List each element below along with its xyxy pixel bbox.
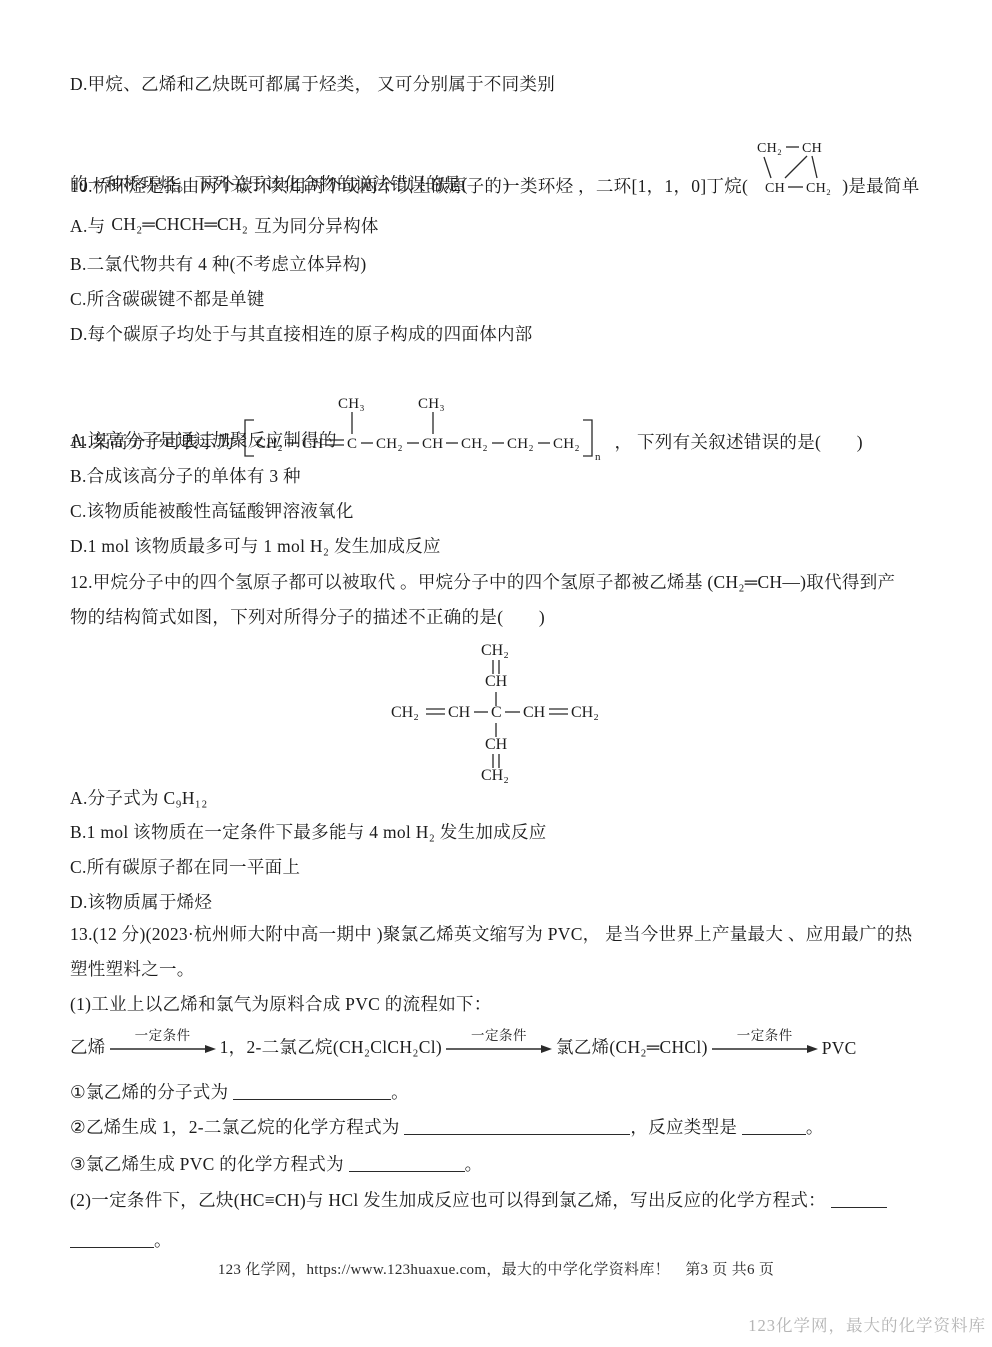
- atom-label: CH₂: [806, 181, 831, 196]
- atom-label: CH₂: [461, 436, 488, 452]
- atom-label: CH: [802, 141, 822, 156]
- atom-label: CH₂: [507, 436, 534, 452]
- atom-label: CH: [448, 704, 471, 721]
- q12-option-b: B.1 mol 该物质在一定条件下最多能与 4 mol H₂ 发生加成反应: [70, 820, 547, 844]
- reaction-condition-label: 一定条件: [471, 1028, 527, 1043]
- atom-label: CH₂: [481, 642, 509, 659]
- q11-option-b: B.合成该高分子的单体有 3 种: [70, 464, 301, 488]
- q13-sub3-period: 。: [465, 1154, 483, 1174]
- pvc-flow-diagram: 乙烯 一定条件 1，2-二氯乙烷(CH₂ClCH₂Cl) 一定条件 氯乙烯(CH…: [70, 1028, 857, 1059]
- q10-option-b: B.二氯代物共有 4 种(不考虑立体异构): [70, 252, 367, 276]
- q11-option-c: C.该物质能被酸性高锰酸钾溶液氧化: [70, 499, 354, 523]
- flow-step2: 氯乙烯(CH₂═CHCl): [556, 1034, 708, 1059]
- q12-option-c: C.所有碳原子都在同一平面上: [70, 855, 300, 879]
- q10-option-a-pre: A.与: [70, 216, 105, 236]
- q13-sub1-period: 。: [391, 1082, 409, 1102]
- atom-label: CH: [422, 436, 443, 452]
- answer-blank: [404, 1116, 630, 1135]
- q10-option-c: C.所含碳碳键不都是单键: [70, 287, 265, 311]
- answer-blank: [742, 1116, 806, 1135]
- q13-sub2: ②乙烯生成 1，2-二氯乙烷的化学方程式为 ，反应类型是 。: [70, 1115, 824, 1139]
- atom-label: CH₂: [481, 767, 509, 784]
- reaction-arrow-3: 一定条件: [712, 1028, 818, 1059]
- atom-label: CH₂: [376, 436, 403, 452]
- bond: [764, 157, 771, 178]
- bond: [785, 156, 807, 178]
- atom-label: C: [347, 436, 357, 452]
- butadiene-formula: CH₂═CHCH═CH₂: [105, 214, 254, 234]
- q12-intro-line1: 12.甲烷分子中的四个氢原子都可以被取代 。甲烷分子中的四个氢原子都被乙烯基 (…: [70, 570, 895, 594]
- arrow-head: [807, 1045, 818, 1053]
- q9-option-d: D.甲烷、乙烯和乙炔既可都属于烃类， 又可分别属于不同类别: [70, 72, 555, 96]
- atom-label: CH: [765, 181, 785, 196]
- q11-intro-post: ， 下列有关叙述错误的是( ): [615, 432, 863, 452]
- q13-sub3-text: ③氯乙烯生成 PVC 的化学方程式为: [70, 1154, 344, 1174]
- q13-intro-line1: 13.(12 分)(2023·杭州师大附中高一期中 )聚氯乙烯英文缩写为 PVC…: [70, 922, 912, 946]
- flow-end: PVC: [822, 1038, 857, 1059]
- atom-label: CH₂: [757, 141, 782, 156]
- atom-label: CH₂: [553, 436, 580, 452]
- q11-option-d: D.1 mol 该物质最多可与 1 mol H₂ 发生加成反应: [70, 534, 441, 558]
- q13-sub2-text: ②乙烯生成 1，2-二氯乙烷的化学方程式为: [70, 1117, 400, 1137]
- atom-label: CH: [523, 704, 546, 721]
- reaction-arrow-1: 一定条件: [110, 1028, 216, 1059]
- answer-blank: [233, 1081, 391, 1100]
- atom-label: CH₂: [571, 704, 599, 721]
- q12-intro-line2: 物的结构简式如图，下列对所得分子的描述不正确的是( ): [70, 605, 545, 629]
- q13-part2-text: (2)一定条件下，乙炔(HC≡CH)与 HCl 发生加成反应也可以得到氯乙烯，写…: [70, 1190, 826, 1210]
- reaction-condition-label: 一定条件: [135, 1028, 191, 1043]
- arrow-head: [541, 1045, 552, 1053]
- right-arrow-icon: [712, 1044, 818, 1054]
- q13-part2-period: 。: [154, 1230, 172, 1250]
- atom-label: C: [491, 704, 502, 721]
- answer-blank: [349, 1153, 465, 1172]
- methyl-label: CH₃: [418, 396, 445, 412]
- right-arrow-icon: [110, 1044, 216, 1054]
- q13-part1-text: (1)工业上以乙烯和氯气为原料合成 PVC 的流程如下：: [70, 992, 492, 1016]
- q13-sub1: ①氯乙烯的分子式为 。: [70, 1080, 409, 1104]
- atom-label: CH: [485, 736, 508, 753]
- bond: [812, 156, 817, 178]
- q10-option-a: A.与CH₂═CHCH═CH₂互为同分异构体: [70, 212, 379, 238]
- reaction-arrow-2: 一定条件: [446, 1028, 552, 1059]
- q10-intro-line1-tail: )是最简单: [842, 176, 919, 196]
- q13-sub3: ③氯乙烯生成 PVC 的化学方程式为 。: [70, 1152, 482, 1176]
- atom-label: CH₂: [391, 704, 419, 721]
- right-arrow-icon: [446, 1044, 552, 1054]
- q13-intro-line2: 塑性塑料之一。: [70, 957, 195, 981]
- document-page: D.甲烷、乙烯和乙炔既可都属于烃类， 又可分别属于不同类别 10.桥环烃是指由两…: [0, 0, 992, 1347]
- reaction-condition-label: 一定条件: [737, 1028, 793, 1043]
- arrow-head: [205, 1045, 216, 1053]
- q12-option-d: D.该物质属于烯烃: [70, 890, 212, 914]
- answer-blank: [831, 1189, 887, 1208]
- repeat-subscript: n: [595, 451, 601, 463]
- atom-label: CH: [485, 673, 508, 690]
- page-footer: 123 化学网，https://www.123huaxue.com，最大的中学化…: [0, 1258, 992, 1279]
- q10-option-d: D.每个碳原子均处于与其直接相连的原子构成的四面体内部: [70, 322, 533, 346]
- polymer-bracket-right: [583, 420, 592, 456]
- q12-option-a: A.分子式为 C₉H₁₂: [70, 786, 208, 810]
- flow-step1: 1，2-二氯乙烷(CH₂ClCH₂Cl): [220, 1034, 442, 1059]
- q10-intro-line2: 的一种桥环烃。下列关于该化合物的说法错误的是( ): [70, 172, 509, 196]
- q13-sub2-mid: ，反应类型是: [630, 1117, 737, 1137]
- methyl-label: CH₃: [338, 396, 365, 412]
- answer-blank: [70, 1229, 154, 1248]
- flow-start: 乙烯: [70, 1034, 106, 1059]
- q13-sub1-text: ①氯乙烯的分子式为: [70, 1082, 228, 1102]
- q10-option-a-post: 互为同分异构体: [254, 216, 379, 236]
- q11-option-a: A.该高分子是通过加聚反应制得的: [70, 428, 337, 452]
- bicyclobutane-structure: CH₂ CH CH CH₂: [749, 136, 841, 198]
- site-watermark: 123化学网，最大的化学资料库: [748, 1312, 986, 1336]
- q13-part2: (2)一定条件下，乙炔(HC≡CH)与 HCl 发生加成反应也可以得到氯乙烯，写…: [70, 1188, 887, 1212]
- q13-part2-continuation: 。: [70, 1228, 172, 1252]
- tetravinylmethane-structure: CH₂ CH CH₂ CH C CH CH₂ CH CH₂: [346, 637, 646, 789]
- q13-sub2-period: 。: [806, 1117, 824, 1137]
